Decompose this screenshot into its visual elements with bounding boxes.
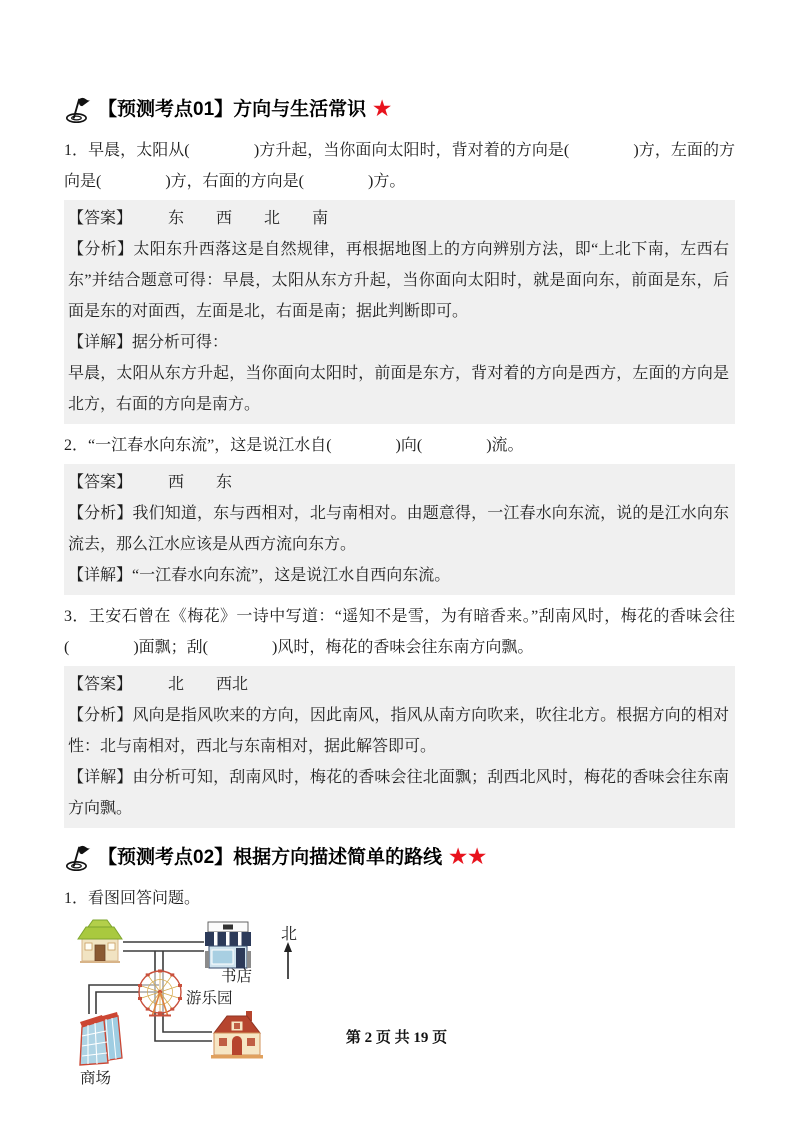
map-illustration: 游乐园 — [76, 917, 735, 1097]
worksheet-content: 【预测考点01】方向与生活常识★ 1．早晨，太阳从( )方升起，当你面向太阳时，… — [0, 0, 793, 1097]
flag-target-icon — [64, 96, 91, 123]
answer-label: 【答案】 — [68, 676, 132, 693]
answer-label: 【答案】 — [68, 210, 132, 227]
question-3-answer-line: 【答案】北西北 — [68, 669, 729, 700]
answer-value: 北 — [264, 203, 280, 234]
question-2: 2．“一江春水向东流”，这是说江水自( )向( )流。 — [64, 430, 735, 461]
page-number: 第 2 页 共 19 页 — [346, 1030, 447, 1046]
section-2-question-1: 1．看图回答问题。 — [64, 883, 735, 914]
answer-value: 西 — [216, 203, 232, 234]
answer-label: 【答案】 — [68, 474, 132, 491]
question-1-detail: 早晨，太阳从东方升起，当你面向太阳时，前面是东方，背对着的方向是西方，左面的方向… — [68, 358, 729, 420]
section-1-title: 【预测考点01】方向与生活常识 — [98, 96, 366, 123]
question-1-answer-line: 【答案】东西北南 — [68, 203, 729, 234]
question-3-analysis: 【分析】风向是指风吹来的方向，因此南风，指风从南方向吹来，吹往北方。根据方向的相… — [68, 700, 729, 762]
answer-value: 西北 — [216, 669, 248, 700]
page-footer: 第 2 页 共 19 页 — [0, 1026, 793, 1047]
map-label-north: 北 — [281, 925, 297, 943]
question-2-detail: 【详解】“一江春水向东流”，这是说江水自西向东流。 — [68, 560, 729, 591]
question-3: 3．王安石曾在《梅花》一诗中写道：“遥知不是雪，为有暗香来。”刮南风时，梅花的香… — [64, 601, 735, 663]
answer-value: 北 — [168, 669, 184, 700]
question-2-solution: 【答案】西东 【分析】我们知道，东与西相对，北与南相对。由题意得，一江春水向东流… — [64, 464, 735, 595]
flag-target-icon — [64, 844, 91, 871]
route-map: 游乐园 — [76, 917, 376, 1097]
section-1-header: 【预测考点01】方向与生活常识★ — [64, 96, 735, 123]
question-1-analysis: 【分析】太阳东升西落这是自然规律，再根据地图上的方向辨别方法，即“上北下南，左西… — [68, 234, 729, 327]
map-label-park: 游乐园 — [186, 989, 233, 1007]
north-arrow-icon: 北 — [281, 925, 297, 979]
map-label-bookstore: 书店 — [221, 967, 252, 985]
answer-value: 东 — [216, 467, 232, 498]
section-2-stars: ★★ — [449, 844, 487, 871]
question-3-detail: 【详解】由分析可知，刮南风时，梅花的香味会往北面飘；刮西北风时，梅花的香味会往东… — [68, 762, 729, 824]
answer-value: 东 — [168, 203, 184, 234]
section-2-header: 【预测考点02】根据方向描述简单的路线★★ — [64, 844, 735, 871]
question-2-analysis: 【分析】我们知道，东与西相对，北与南相对。由题意得，一江春水向东流，说的是江水向… — [68, 498, 729, 560]
bookstore-icon — [205, 922, 251, 968]
question-1-solution: 【答案】东西北南 【分析】太阳东升西落这是自然规律，再根据地图上的方向辨别方法，… — [64, 200, 735, 424]
ferris-wheel-icon — [138, 970, 182, 1016]
question-1: 1．早晨，太阳从( )方升起，当你面向太阳时，背对着的方向是( )方，左面的方向… — [64, 135, 735, 197]
map-label-mall: 商场 — [80, 1069, 111, 1087]
answer-value: 南 — [312, 203, 328, 234]
question-2-answer-line: 【答案】西东 — [68, 467, 729, 498]
section-1-stars: ★ — [373, 96, 392, 123]
question-3-solution: 【答案】北西北 【分析】风向是指风吹来的方向，因此南风，指风从南方向吹来，吹往北… — [64, 666, 735, 828]
section-2-title: 【预测考点02】根据方向描述简单的路线 — [98, 844, 442, 871]
answer-value: 西 — [168, 467, 184, 498]
question-1-detail: 【详解】据分析可得： — [68, 327, 729, 358]
house-icon — [78, 920, 122, 963]
worksheet-page: 【预测考点01】方向与生活常识★ 1．早晨，太阳从( )方升起，当你面向太阳时，… — [0, 0, 793, 1122]
